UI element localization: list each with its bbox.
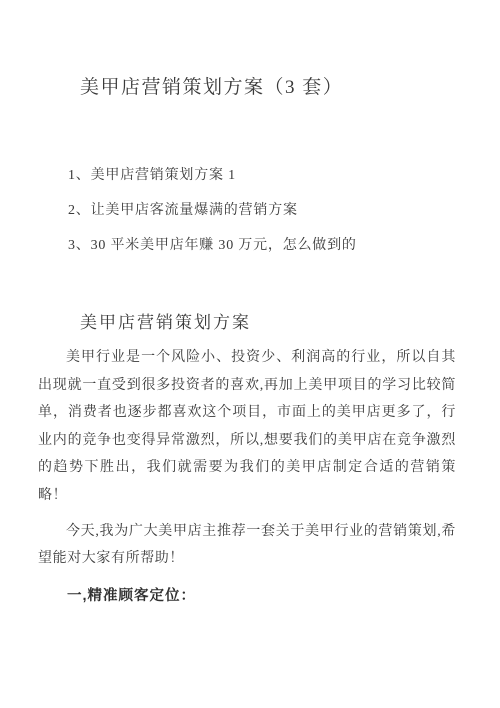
body-paragraph-1: 美甲行业是一个风险小、投资少、利润高的行业，所以自其出现就一直受到很多投资者的喜… [38, 344, 456, 510]
toc-item-2: 2、让美甲店客流量爆满的营销方案 [68, 193, 357, 228]
section-title: 美甲店营销策划方案 [80, 308, 251, 333]
document-title: 美甲店营销策划方案（3 套） [80, 72, 343, 99]
document-page: 美甲店营销策划方案（3 套） 1、美甲店营销策划方案 1 2、让美甲店客流量爆满… [0, 0, 500, 708]
table-of-contents: 1、美甲店营销策划方案 1 2、让美甲店客流量爆满的营销方案 3、30 平米美甲… [68, 158, 357, 263]
toc-item-1: 1、美甲店营销策划方案 1 [68, 158, 357, 193]
body-paragraph-2: 今天,我为广大美甲店主推荐一套关于美甲行业的营销策划,希望能对大家有所帮助！ [38, 518, 456, 573]
section-body: 美甲行业是一个风险小、投资少、利润高的行业，所以自其出现就一直受到很多投资者的喜… [38, 344, 456, 610]
toc-item-3: 3、30 平米美甲店年赚 30 万元，怎么做到的 [68, 228, 357, 263]
section-subheading: 一,精准顾客定位： [38, 583, 456, 611]
